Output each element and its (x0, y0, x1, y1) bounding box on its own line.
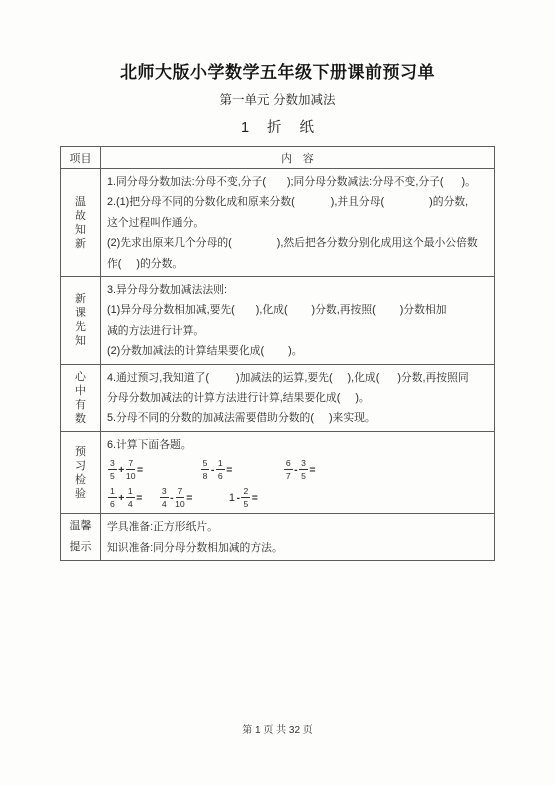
fraction: 58 (201, 459, 210, 480)
fraction: 35 (108, 459, 117, 480)
row-label-text: 温故知新 (74, 195, 87, 251)
row-content-preview-check: 6.计算下面各题。 35 + 710 = 58 - 16 = (101, 431, 495, 513)
equals-sign: = (226, 464, 233, 476)
fraction: 16 (108, 487, 117, 508)
fraction: 710 (126, 459, 136, 480)
content-line: (2)分数加减法的计算结果要化成( )。 (107, 341, 488, 361)
table-row-review: 温故知新 1.同分母分数加法:分母不变,分子( );同分母分数减法:分母不变,分… (61, 169, 495, 277)
column-header-content: 内 容 (101, 147, 495, 169)
content-line: 作( )的分数。 (107, 254, 488, 274)
operator: - (294, 464, 299, 476)
operator: + (118, 464, 125, 476)
math-problem: 58 - 16 = (200, 459, 233, 480)
math-problem: 1 - 25 = (229, 487, 259, 508)
content-line: 学具准备:正方形纸片。 (107, 517, 488, 537)
fraction: 34 (160, 487, 169, 508)
content-line: 2.(1)把分母不同的分数化成和原来分数( ),并且分母( )的分数, (107, 192, 488, 212)
page-footer: 第 1 页 共 32 页 (0, 721, 555, 736)
math-problem: 16 + 14 = (107, 487, 143, 508)
content-line: 分母分数加减法的计算方法进行计算,结果要化成( )。 (107, 388, 488, 408)
content-line: 4.通过预习,我知道了( )加减法的运算,要先( ),化成( )分数,再按照同 (107, 368, 488, 388)
math-problem: 34 - 710 = (159, 487, 193, 508)
math-problem: 67 - 35 = (283, 459, 316, 480)
whole-number: 1 (229, 492, 236, 504)
table-row-new-lesson: 新课先知 3.异分母分数加减法法则: (1)异分母分数相加减,要先( ),化成(… (61, 277, 495, 365)
row-label-know-well: 心中有数 (61, 364, 101, 431)
operator: + (118, 492, 125, 504)
row-label-preview-check: 预习检验 (61, 431, 101, 513)
content-line: 减的方法进行计算。 (107, 321, 488, 341)
equals-sign: = (136, 492, 143, 504)
operator: - (236, 492, 241, 504)
worksheet-page: 北师大版小学数学五年级下册课前预习单 第一单元 分数加减法 1 折 纸 项目 内… (0, 0, 555, 785)
row-content-tips: 学具准备:正方形纸片。 知识准备:同分母分数相加减的方法。 (101, 514, 495, 561)
table-row-preview-check: 预习检验 6.计算下面各题。 35 + 710 = 58 - 16 = (61, 431, 495, 513)
equals-sign: = (136, 464, 143, 476)
row-label-text: 温馨提示 (68, 516, 94, 558)
content-line: 这个过程叫作通分。 (107, 213, 488, 233)
math-problems-row-1: 35 + 710 = 58 - 16 = 67 - 35 (107, 456, 488, 483)
row-content-know-well: 4.通过预习,我知道了( )加减法的运算,要先( ),化成( )分数,再按照同 … (101, 364, 495, 431)
fraction: 67 (284, 459, 293, 480)
operator: - (170, 492, 175, 504)
equals-sign: = (251, 492, 258, 504)
column-header-item: 项目 (61, 147, 101, 169)
row-label-text: 预习检验 (74, 445, 87, 501)
row-label-text: 新课先知 (74, 292, 87, 348)
content-line: 知识准备:同分母分数相加减的方法。 (107, 538, 488, 558)
equals-sign: = (186, 492, 193, 504)
row-content-review: 1.同分母分数加法:分母不变,分子( );同分母分数减法:分母不变,分子( )。… (101, 169, 495, 277)
content-line: 1.同分母分数加法:分母不变,分子( );同分母分数减法:分母不变,分子( )。 (107, 172, 488, 192)
fraction: 14 (126, 487, 135, 508)
fraction: 25 (241, 487, 250, 508)
operator: - (210, 464, 215, 476)
table-row-know-well: 心中有数 4.通过预习,我知道了( )加减法的运算,要先( ),化成( )分数,… (61, 364, 495, 431)
row-label-text: 心中有数 (74, 370, 87, 426)
content-line: 6.计算下面各题。 (107, 435, 488, 455)
row-label-review: 温故知新 (61, 169, 101, 277)
content-line: 5.分母不同的分数的加减法需要借助分数的( )来实现。 (107, 408, 488, 428)
content-line: (1)异分母分数相加减,要先( ),化成( )分数,再按照( )分数相加 (107, 300, 488, 320)
lesson-heading: 1 折 纸 (0, 119, 555, 138)
content-line: 3.异分母分数加减法法则: (107, 280, 488, 300)
worksheet-table: 项目 内 容 温故知新 1.同分母分数加法:分母不变,分子( );同分母分数减法… (60, 146, 495, 561)
unit-subtitle: 第一单元 分数加减法 (0, 92, 555, 109)
fraction: 16 (216, 459, 225, 480)
table-header-row: 项目 内 容 (61, 147, 495, 169)
row-label-tips: 温馨提示 (61, 514, 101, 561)
page-title: 北师大版小学数学五年级下册课前预习单 (0, 62, 555, 84)
equals-sign: = (309, 464, 316, 476)
table-row-tips: 温馨提示 学具准备:正方形纸片。 知识准备:同分母分数相加减的方法。 (61, 514, 495, 561)
math-problems-row-2: 16 + 14 = 34 - 710 = 1 - 25 (107, 484, 488, 511)
fraction: 710 (175, 487, 185, 508)
content-line: (2)先求出原来几个分母的( ),然后把各分数分别化成用这个最小公倍数 (107, 233, 488, 253)
row-label-new-lesson: 新课先知 (61, 277, 101, 365)
math-problem: 35 + 710 = (107, 459, 144, 480)
fraction: 35 (299, 459, 308, 480)
row-content-new-lesson: 3.异分母分数加减法法则: (1)异分母分数相加减,要先( ),化成( )分数,… (101, 277, 495, 365)
